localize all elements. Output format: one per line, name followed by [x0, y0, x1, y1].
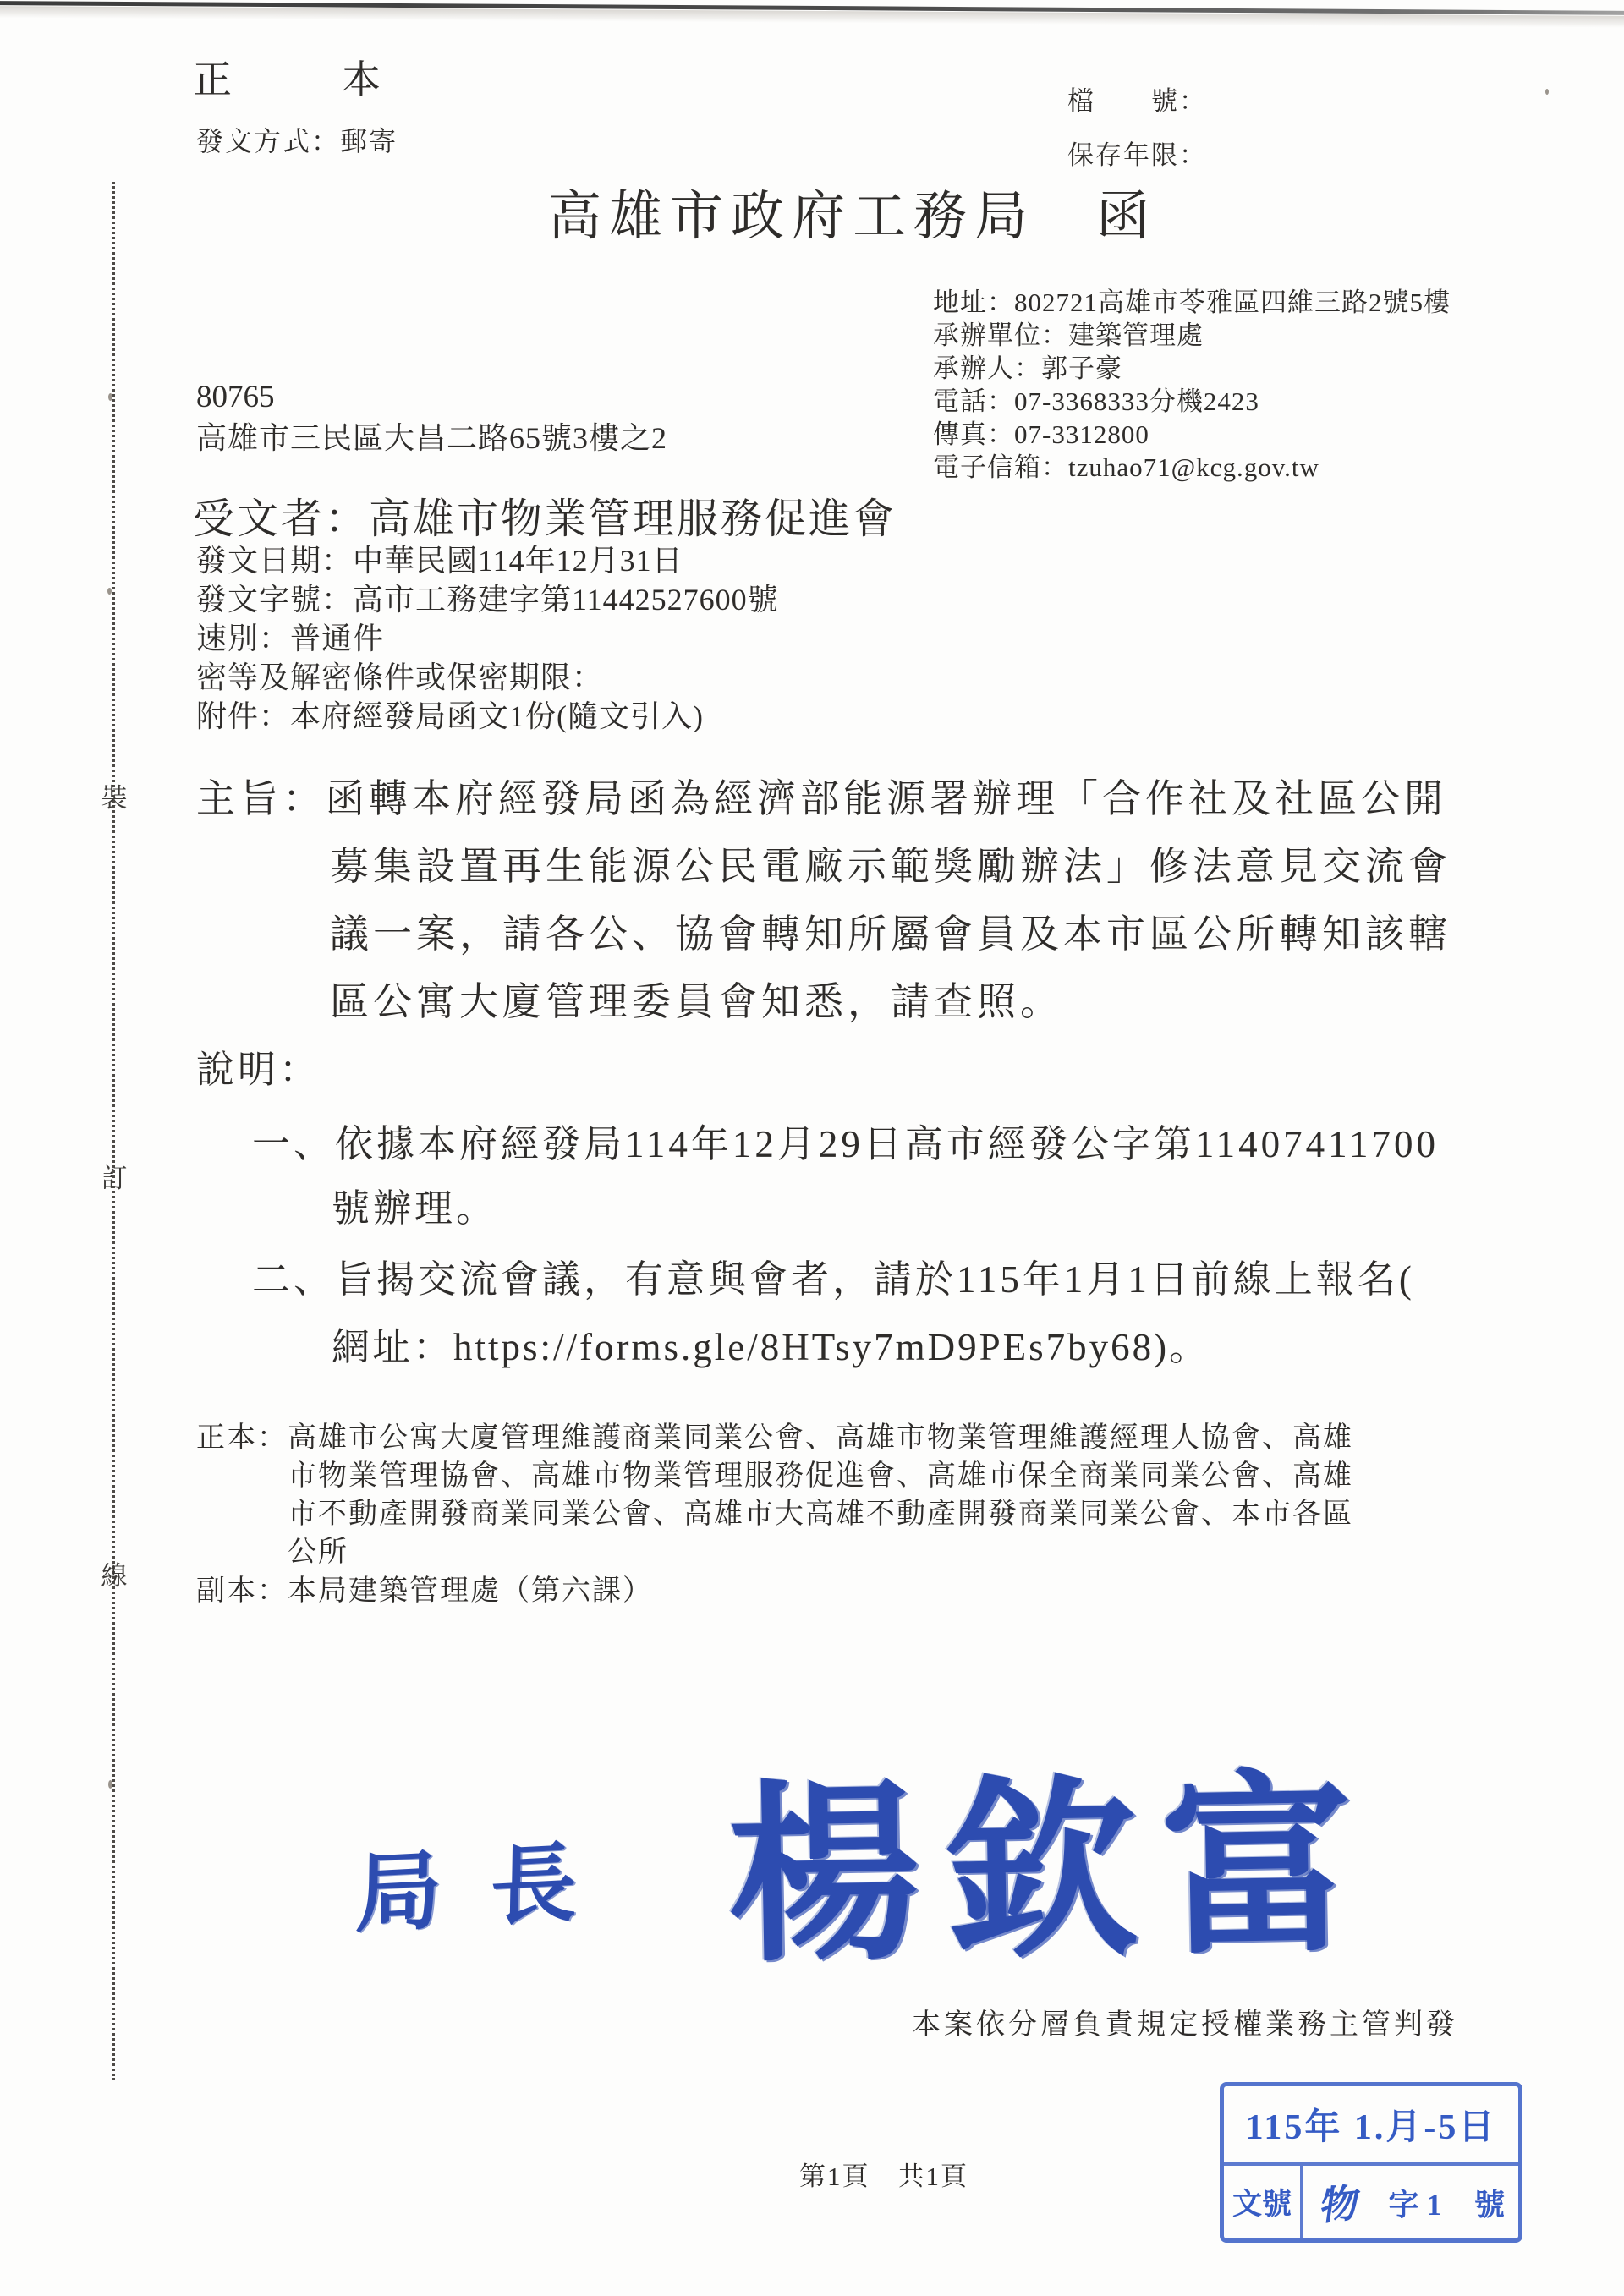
stamp-docno-series: 物	[1314, 2173, 1359, 2232]
explanation-item1-line1: 一、依據本府經發局114年12月29日高市經發公字第11407411700	[252, 1113, 1439, 1168]
page-number-footer: 第1頁 共1頁	[799, 2155, 968, 2193]
explanation-heading: 說明：	[196, 1038, 321, 1093]
agency-email: 電子信箱：tzuhao71@kcg.gov.tw	[933, 451, 1451, 484]
scan-speck	[107, 588, 112, 595]
classification-line: 密等及解密條件或保密期限：	[196, 658, 779, 697]
agency-officer: 承辦人：郭子豪	[933, 352, 1451, 385]
stamp-date: 115年 1.月-5日	[1224, 2086, 1518, 2166]
explanation-item1-line2: 號辦理。	[332, 1177, 497, 1232]
primary-recipients-line4: 公所	[288, 1528, 348, 1570]
delegation-note: 本案依分層負責規定授權業務主管判發	[912, 2001, 1458, 2042]
stamp-docno-label: 文號	[1224, 2166, 1303, 2238]
agency-address: 地址：802721高雄市苓雅區四維三路2號5樓	[933, 286, 1451, 319]
subject-line-2: 募集設置再生能源公民電廠示範獎勵辦法」修法意見交流會	[330, 836, 1451, 891]
scanned-official-letter: 裝 訂 線 正 本 發文方式：郵寄 檔 號： 保存年限： 高雄市政府工務局 函 …	[0, 0, 1624, 2296]
received-date-stamp: 115年 1.月-5日 文號 物 字 1 號	[1220, 2082, 1522, 2243]
file-number-label: 檔 號：	[1067, 79, 1207, 118]
explanation-item2-line1: 二、旨揭交流會議，有意與會者，請於115年1月1日前線上報名(	[252, 1248, 1415, 1303]
copy-type-label: 正 本	[193, 49, 416, 105]
agency-unit: 承辦單位：建築管理處	[933, 319, 1451, 352]
binding-char-ding: 訂	[96, 1157, 133, 1195]
recipient-name-line: 受文者：高雄市物業管理服務促進會	[193, 486, 897, 545]
attachment-line: 附件：本府經發局函文1份(隨文引入)	[196, 697, 779, 736]
retention-period-label: 保存年限：	[1067, 134, 1207, 172]
subject-line-1: 主旨：函轉本府經發局函為經濟部能源署辦理「合作社及社區公開	[196, 768, 1447, 824]
issue-date-line: 發文日期：中華民國114年12月31日	[196, 541, 779, 580]
explanation-item2-line2: 網址：https://forms.gle/8HTsy7mD9PEs7by68)。	[332, 1316, 1210, 1371]
scan-speck	[1545, 89, 1549, 95]
cc-recipients-line: 副本：本局建築管理處（第六課）	[196, 1567, 653, 1608]
priority-line: 速別：普通件	[196, 619, 779, 658]
document-meta-block: 發文日期：中華民國114年12月31日 發文字號：高市工務建字第11442527…	[196, 541, 779, 736]
signer-name-calligraphy: 楊欽富	[725, 1711, 1380, 1998]
document-title: 高雄市政府工務局 函	[548, 173, 1157, 250]
recipient-postal-code: 80765	[196, 379, 275, 415]
signature-block: 局長 楊欽富	[355, 1717, 1377, 1993]
binding-char-xian: 線	[96, 1554, 133, 1592]
primary-recipients-line2: 市物業管理協會、高雄市物業管理服務促進會、高雄市保全商業同業公會、高雄	[288, 1452, 1353, 1493]
send-method-label: 發文方式：郵寄	[196, 120, 398, 159]
agency-contact-block: 地址：802721高雄市苓雅區四維三路2號5樓 承辦單位：建築管理處 承辦人：郭…	[933, 286, 1451, 484]
subject-line-3: 議一案，請各公、協會轉知所屬會員及本市區公所轉知該轄	[330, 903, 1451, 959]
recipient-street-address: 高雄市三民區大昌二路65號3樓之2	[196, 414, 667, 458]
binding-char-zhuang: 裝	[96, 776, 133, 814]
binding-dotted-line	[112, 182, 115, 2080]
stamp-docno-mid: 字 1	[1388, 2181, 1441, 2224]
primary-recipients-line1: 正本：高雄市公寓大廈管理維護商業同業公會、高雄市物業管理維護經理人協會、高雄	[196, 1414, 1353, 1455]
subject-line-4: 區公寓大廈管理委員會知悉，請查照。	[330, 971, 1063, 1027]
agency-fax: 傳真：07-3312800	[933, 418, 1451, 451]
primary-recipients-line3: 市不動產開發商業同業公會、高雄市大高雄不動產開發商業同業公會、本市各區	[288, 1490, 1353, 1532]
stamp-docno-value: 物 字 1 號	[1303, 2166, 1518, 2238]
stamp-docno-suffix: 號	[1474, 2181, 1505, 2224]
issue-number-line: 發文字號：高市工務建字第11442527600號	[196, 580, 779, 619]
agency-phone: 電話：07-3368333分機2423	[933, 385, 1451, 418]
signer-title: 局長	[354, 1811, 627, 1949]
stamp-number-row: 文號 物 字 1 號	[1224, 2166, 1518, 2238]
